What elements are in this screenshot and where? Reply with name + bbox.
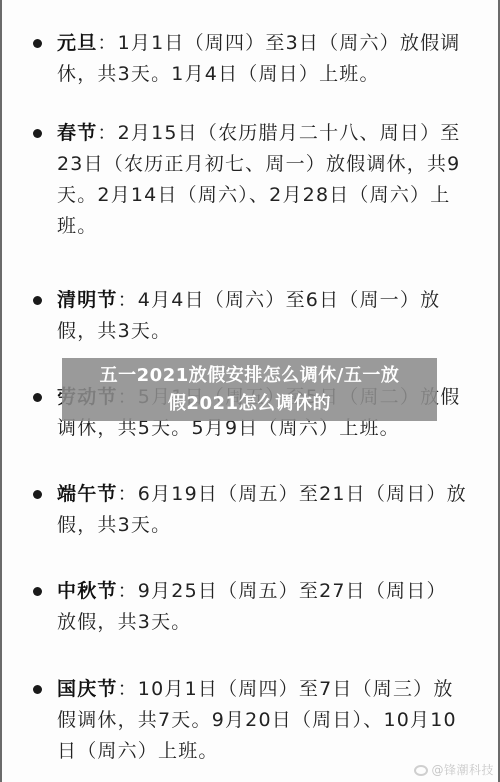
holiday-text: 国庆节：10月1日（周四）至7日（周三）放 假调休，共7天。9月20日（周日）、…: [57, 674, 477, 767]
bullet-icon: [33, 587, 42, 596]
holiday-text: 春节：2月15日（农历腊月二十八、周日）至 23日（农历正月初七、周一）放假调休…: [57, 118, 477, 242]
holiday-text: 元旦：1月1日（周四）至3日（周六）放假调 休，共3天。1月4日（周日）上班。: [57, 28, 477, 90]
holiday-name: 国庆节: [57, 678, 118, 700]
holiday-name: 中秋节: [57, 580, 118, 602]
bullet-icon: [33, 393, 42, 402]
holiday-text: 清明节：4月4日（周六）至6日（周一）放 假，共3天。: [57, 285, 477, 347]
weibo-icon: [414, 765, 428, 776]
bullet-icon: [33, 685, 42, 694]
holiday-name: 端午节: [57, 483, 118, 505]
watermark: @锋潮科技: [414, 761, 494, 778]
bullet-icon: [33, 129, 42, 138]
holiday-name: 清明节: [57, 289, 118, 311]
bullet-icon: [33, 39, 42, 48]
banner-line-2: 假2021怎么调休的: [62, 390, 437, 418]
banner-line-1: 五一2021放假安排怎么调休/五一放: [62, 362, 437, 390]
holiday-text: 端午节：6月19日（周五）至21日（周日）放 假，共3天。: [57, 479, 477, 541]
holiday-name: 元旦: [57, 32, 97, 54]
holiday-text: 中秋节：9月25日（周五）至27日（周日） 放假，共3天。: [57, 576, 477, 638]
bullet-icon: [33, 490, 42, 499]
holiday-name: 春节: [57, 122, 97, 144]
title-overlay-banner: 五一2021放假安排怎么调休/五一放 假2021怎么调休的: [62, 358, 437, 421]
bullet-icon: [33, 296, 42, 305]
